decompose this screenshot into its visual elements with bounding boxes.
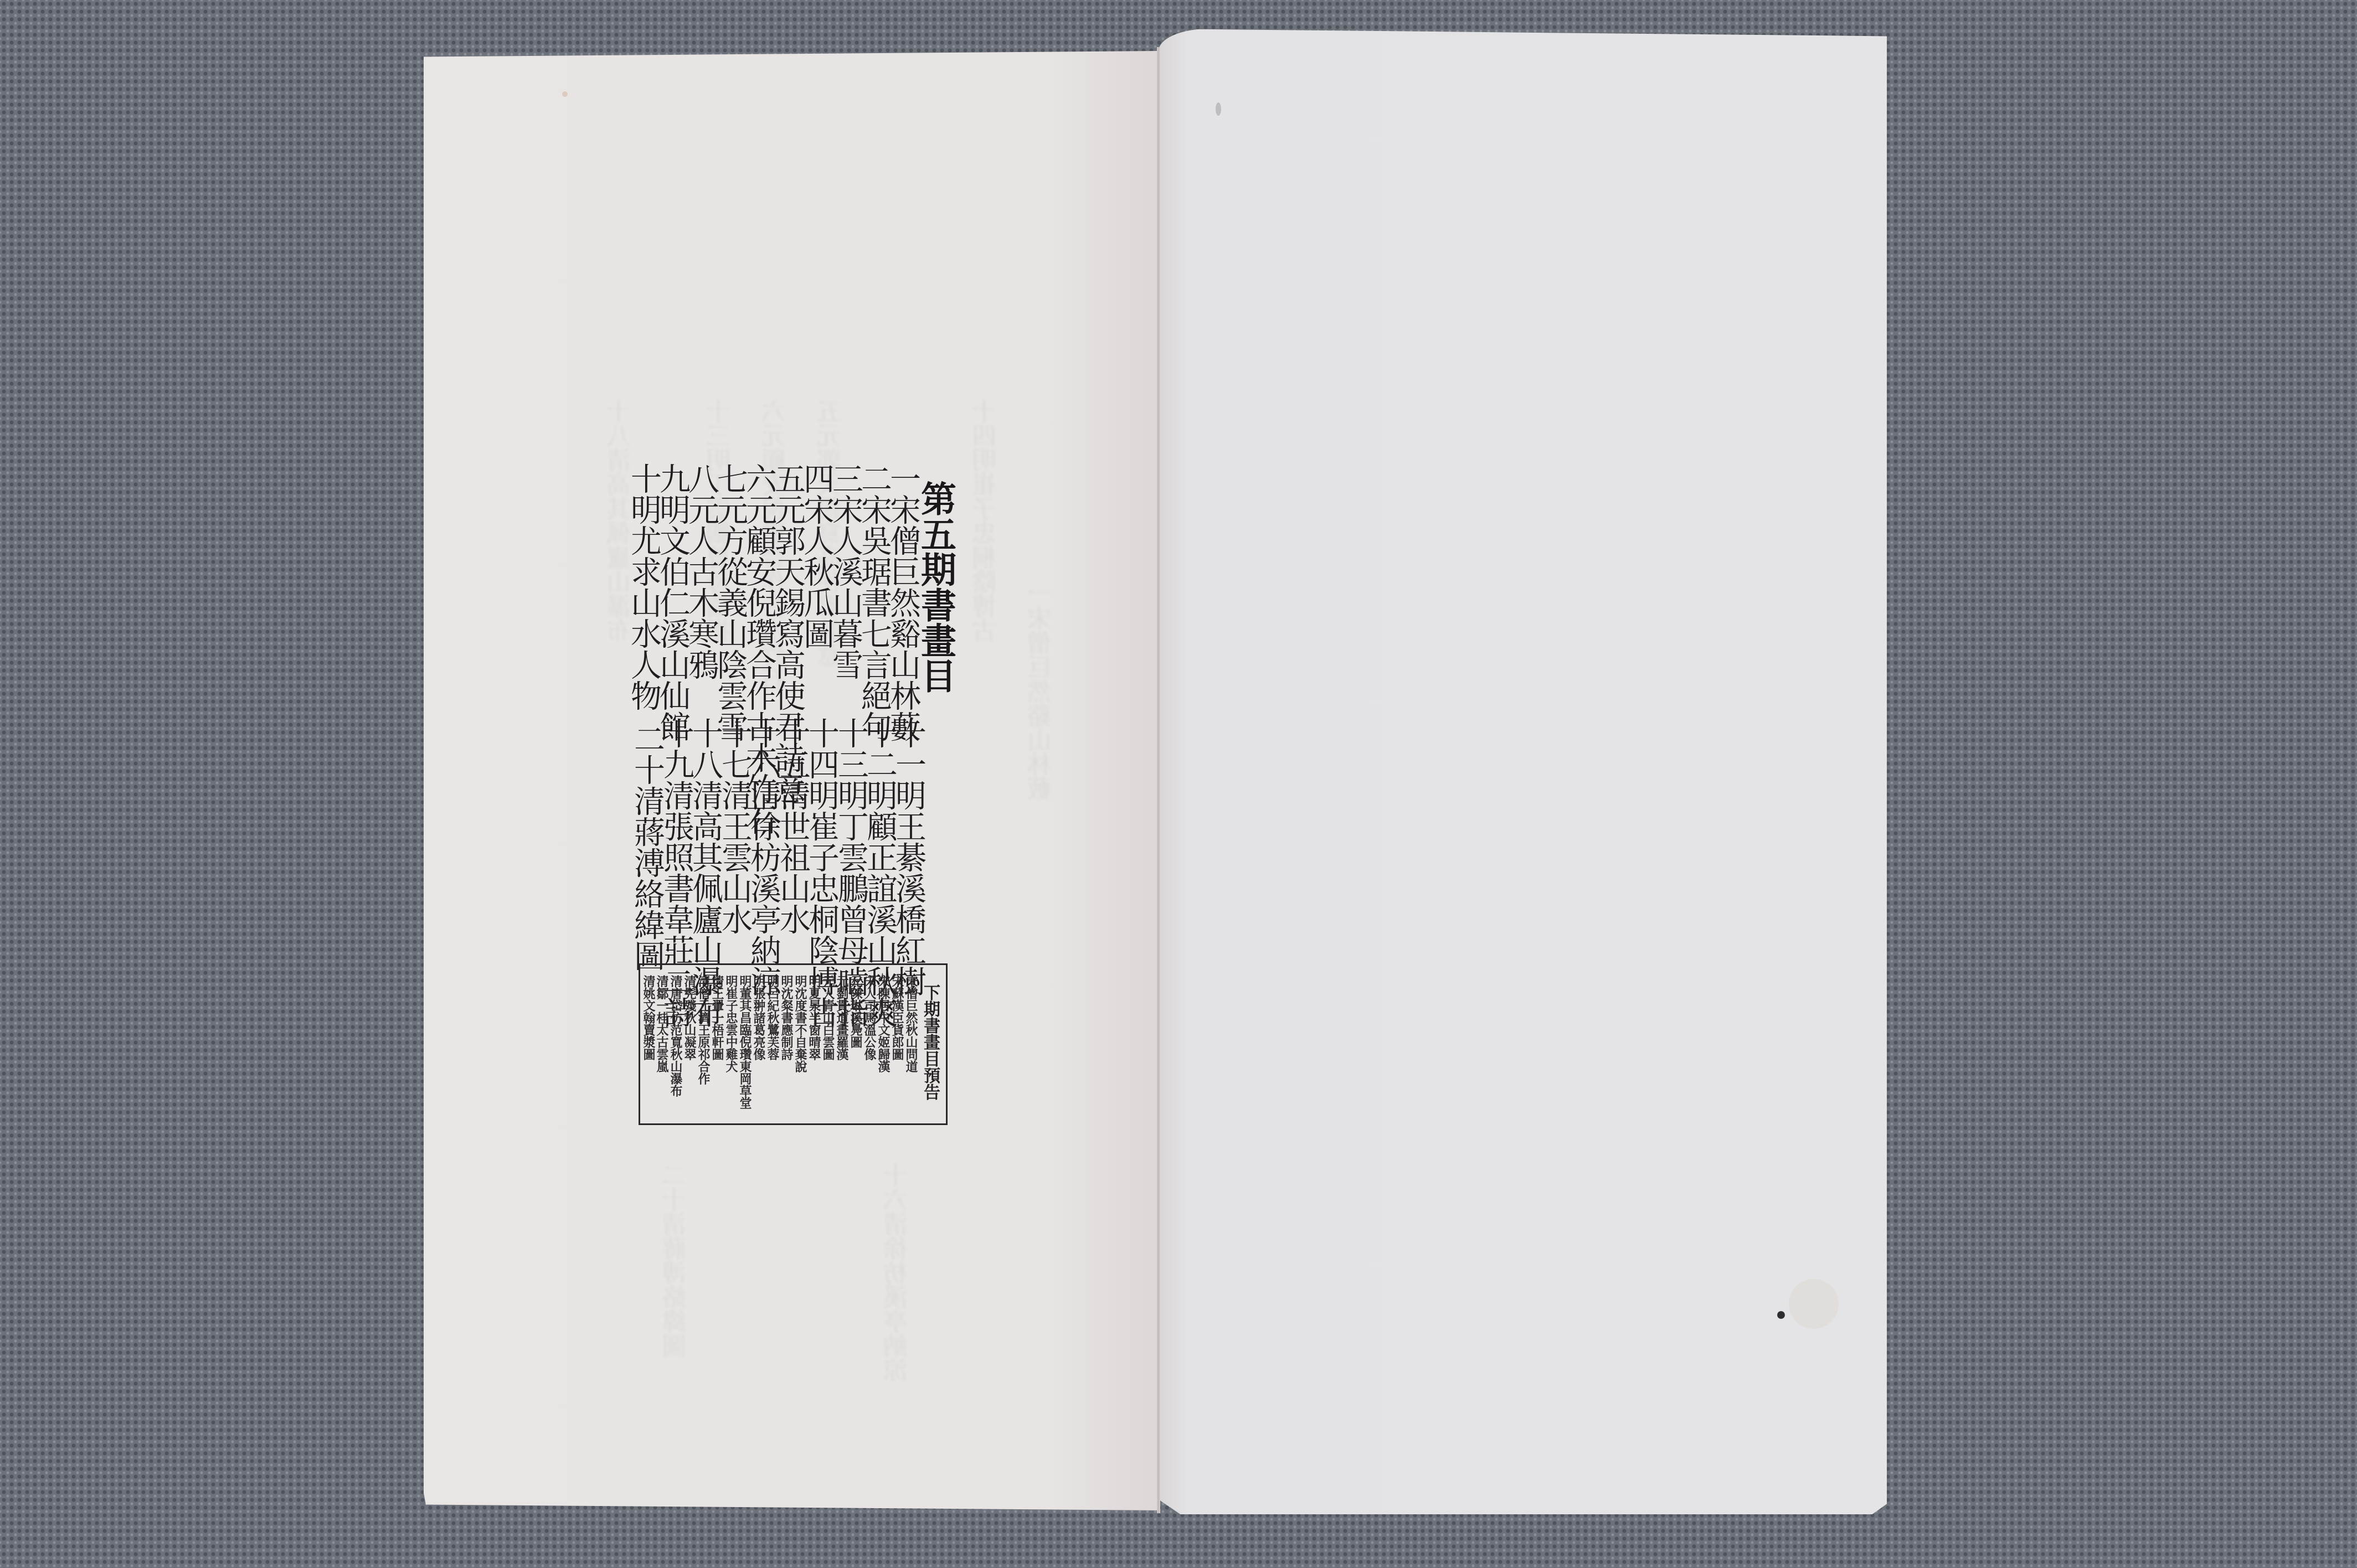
- paper-mark: [1216, 102, 1221, 116]
- book-spine: [1157, 47, 1160, 1513]
- preview-item: 清王翬一梧軒圖: [711, 975, 723, 1060]
- preview-item: 清鄒一桂太古雲嵐: [656, 975, 668, 1072]
- preview-item: 明崔子忠雲中雞犬: [725, 975, 737, 1072]
- right-page: [1159, 29, 1887, 1514]
- list-item: 十五清世祖山水: [777, 718, 808, 935]
- preview-item: 清僧元濟王原祁合作: [697, 975, 709, 1085]
- preview-item: 明沈粲書應制詩: [780, 975, 792, 1060]
- preview-box-title: 下期書畫目預告: [922, 984, 938, 1100]
- show-through-column: 二十清蔣溥絡緯圖: [665, 1163, 689, 1440]
- preview-item: 清髡殘秋山凝翠: [683, 975, 696, 1060]
- paper-mark: [562, 91, 568, 97]
- preview-item: 宋蘇漢臣貨郎圖: [891, 975, 903, 1060]
- preview-item: 清姚文翰賣漿圖: [642, 975, 655, 1060]
- preview-item: 明董其昌臨倪瓚東岡草堂: [739, 975, 751, 1109]
- preview-item: 元陳琳溪鳧圖: [850, 975, 862, 1048]
- preview-item: 明張翀諸葛亮像: [753, 975, 765, 1060]
- show-through-column: 十六清徐枋溪亭納涼: [886, 1163, 910, 1440]
- next-issue-preview-box: 下期書畫目預告 宋僧巨然秋山問道 宋蘇漢臣貨郎圖 宋陳居中文姬歸漢 宋人司馬溫公…: [639, 963, 948, 1125]
- catalogue-title: 第五期書畫目: [918, 481, 953, 693]
- show-through-column: 一宋僧巨然谿山林藪: [1030, 581, 1054, 1080]
- preview-item: 明夏㫤半窗晴翠: [808, 975, 820, 1060]
- preview-item: 元劉貫道畫羅漢: [836, 975, 848, 1060]
- preview-item: 宋陳居中文姬歸漢: [877, 975, 889, 1072]
- list-item: 十明尤求山水人物: [628, 463, 659, 711]
- list-item: 二十清蔣溥絡緯圖: [631, 723, 662, 971]
- stain-mark: [1789, 1279, 1839, 1329]
- list-item: 十七清王雲山水: [719, 718, 750, 935]
- preview-item: 宋僧巨然秋山問道: [905, 975, 917, 1072]
- preview-item: 清唐岱仿范寬秋山瀑布: [670, 975, 682, 1097]
- preview-item: 明沈度書不自棄說: [794, 975, 806, 1072]
- show-through-column: 十四明崔子忠桐陰博古: [975, 399, 999, 786]
- preview-item: 元人青山白雲圖: [822, 975, 834, 1060]
- preview-item: 明呂紀秋鷺芙蓉: [766, 975, 779, 1060]
- ink-spot: [1777, 1311, 1785, 1319]
- preview-item: 宋人司馬溫公像: [863, 975, 876, 1060]
